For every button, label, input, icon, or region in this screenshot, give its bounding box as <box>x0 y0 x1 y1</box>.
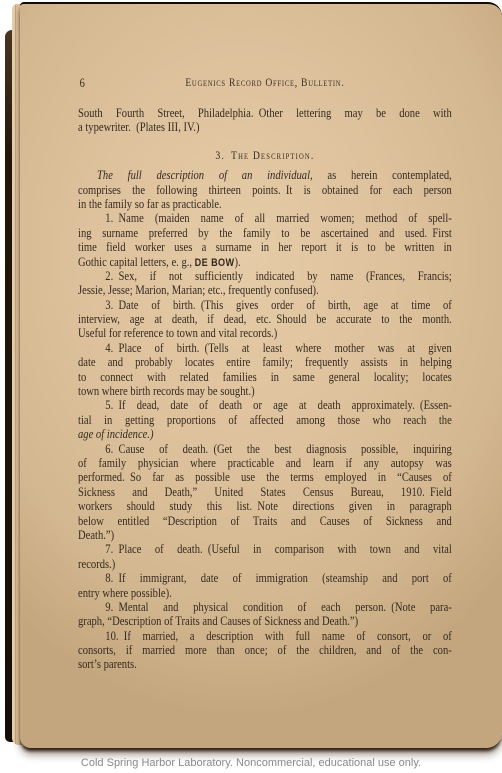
scanned-document-view: 6 Eugenics Record Office, Bulletin. Sout… <box>0 0 502 773</box>
text-segment: 6. Cause of death. (Get the best diagnos… <box>105 442 452 456</box>
text-segment: in the family so far as practicable. <box>78 197 222 211</box>
text-line: 3. Date of birth. (This gives order of b… <box>78 298 452 312</box>
text-line: 9. Mental and physical condition of each… <box>78 600 452 614</box>
text-segment: a typewriter. (Plates III, IV.) <box>78 120 199 134</box>
text-line: 10. If married, a description with full … <box>78 629 452 643</box>
text-line: Gothic capital letters, e. g., DE BOW). <box>78 255 452 269</box>
text-segment: town where birth records may be sought.) <box>78 384 255 398</box>
text-segment: Sickness and Death,” United States Censu… <box>78 485 452 499</box>
text-line: of family physician where practicable an… <box>78 456 452 470</box>
running-head: Eugenics Record Office, Bulletin. <box>78 76 452 90</box>
text-line: comprises the following thirteen points.… <box>78 183 452 197</box>
text-line: 4. Place of birth. (Tells at least where… <box>78 341 452 355</box>
book-page: 6 Eugenics Record Office, Bulletin. Sout… <box>20 2 502 748</box>
text-line: 6. Cause of death. (Get the best diagnos… <box>78 442 452 456</box>
text-line: age of incidence.) <box>78 427 452 441</box>
text-segment: 1. Name (maiden name of all married wome… <box>105 211 452 225</box>
text-line: graph, “Description of Traits and Causes… <box>78 614 452 628</box>
text-line: Jessie, Jesse; Marion, Marian; etc., fre… <box>78 283 452 297</box>
text-segment: to connect with related families in same… <box>78 370 452 384</box>
text-line: The full description of an individual, a… <box>78 168 452 182</box>
text-segment: workers should study this list. Note dir… <box>78 499 452 513</box>
page-header: 6 Eugenics Record Office, Bulletin. <box>78 76 452 91</box>
text-segment: Death.”) <box>78 528 114 542</box>
text-line: workers should study this list. Note dir… <box>78 499 452 513</box>
text-line: 2. Sex, if not sufficiently indicated by… <box>78 269 452 283</box>
text-segment: 4. Place of birth. (Tells at least where… <box>105 341 452 355</box>
section-heading: 3. The Description. <box>78 148 452 162</box>
text-line: a typewriter. (Plates III, IV.) <box>78 120 452 134</box>
text-segment: 5. If dead, date of death or age at deat… <box>105 398 452 412</box>
text-line: tial in getting proportions of affected … <box>78 413 452 427</box>
text-segment: Gothic capital letters, e. g., <box>78 255 195 269</box>
text-segment: as herein contemplated, <box>313 168 452 182</box>
text-segment: 3. The Description. <box>215 148 314 162</box>
text-line: to connect with related families in same… <box>78 370 452 384</box>
text-line: time field worker uses a surname in her … <box>78 240 452 254</box>
text-segment: tial in getting proportions of affected … <box>78 413 452 427</box>
text-segment: below entitled “Description of Traits an… <box>78 514 452 528</box>
text-segment: South Fourth Street, Philadelphia. Other… <box>78 106 452 120</box>
text-line: South Fourth Street, Philadelphia. Other… <box>78 106 452 120</box>
text-line: entry where possible). <box>78 586 452 600</box>
text-segment: 10. If married, a description with full … <box>105 629 452 643</box>
text-line: interview, age at death, if dead, etc. S… <box>78 312 452 326</box>
text-segment: consorts, if married more than once; of … <box>78 643 452 657</box>
text-line: sort’s parents. <box>78 657 452 671</box>
text-segment: 8. If immigrant, date of immigration (st… <box>105 571 452 585</box>
text-segment: Jessie, Jesse; Marion, Marian; etc., fre… <box>78 283 319 297</box>
text-segment: interview, age at death, if dead, etc. S… <box>78 312 452 326</box>
text-line: 8. If immigrant, date of immigration (st… <box>78 571 452 585</box>
text-segment: performed. So far as possible use the te… <box>78 470 452 484</box>
text-segment: records.) <box>78 557 115 571</box>
text-line: ing surname preferred by the family to b… <box>78 226 452 240</box>
text-segment: age of incidence.) <box>78 427 154 441</box>
text-line: below entitled “Description of Traits an… <box>78 514 452 528</box>
text-block: 6 Eugenics Record Office, Bulletin. Sout… <box>78 76 452 672</box>
body-text: South Fourth Street, Philadelphia. Other… <box>78 106 452 672</box>
text-segment: 7. Place of death. (Useful in comparison… <box>105 542 452 556</box>
text-segment: graph, “Description of Traits and Causes… <box>78 614 358 628</box>
text-segment: time field worker uses a surname in her … <box>78 240 452 254</box>
text-segment: Useful for reference to town and vital r… <box>78 326 277 340</box>
page-number: 6 <box>80 76 85 90</box>
text-line: Useful for reference to town and vital r… <box>78 326 452 340</box>
text-segment: date and probably locates entire family;… <box>78 355 452 369</box>
text-line: 5. If dead, date of death or age at deat… <box>78 398 452 412</box>
text-segment: ing surname preferred by the family to b… <box>78 226 452 240</box>
text-segment: The full description of an individual, <box>97 168 313 182</box>
text-line: records.) <box>78 557 452 571</box>
text-segment: comprises the following thirteen points.… <box>78 183 452 197</box>
text-line: 7. Place of death. (Useful in comparison… <box>78 542 452 556</box>
text-line: Death.”) <box>78 528 452 542</box>
text-segment: 2. Sex, if not sufficiently indicated by… <box>105 269 452 283</box>
text-line: consorts, if married more than once; of … <box>78 643 452 657</box>
text-line: in the family so far as practicable. <box>78 197 452 211</box>
text-segment: DE BOW <box>195 257 235 269</box>
text-segment: 9. Mental and physical condition of each… <box>105 600 452 614</box>
text-line: date and probably locates entire family;… <box>78 355 452 369</box>
text-segment: entry where possible). <box>78 586 172 600</box>
footer-notice: Cold Spring Harbor Laboratory. Noncommer… <box>0 757 502 769</box>
text-line: Sickness and Death,” United States Censu… <box>78 485 452 499</box>
text-segment: of family physician where practicable an… <box>78 456 452 470</box>
text-segment: ). <box>235 255 241 269</box>
text-line: town where birth records may be sought.) <box>78 384 452 398</box>
text-line: 1. Name (maiden name of all married wome… <box>78 211 452 225</box>
text-segment: sort’s parents. <box>78 657 137 671</box>
text-segment: 3. Date of birth. (This gives order of b… <box>105 298 452 312</box>
text-line: performed. So far as possible use the te… <box>78 470 452 484</box>
